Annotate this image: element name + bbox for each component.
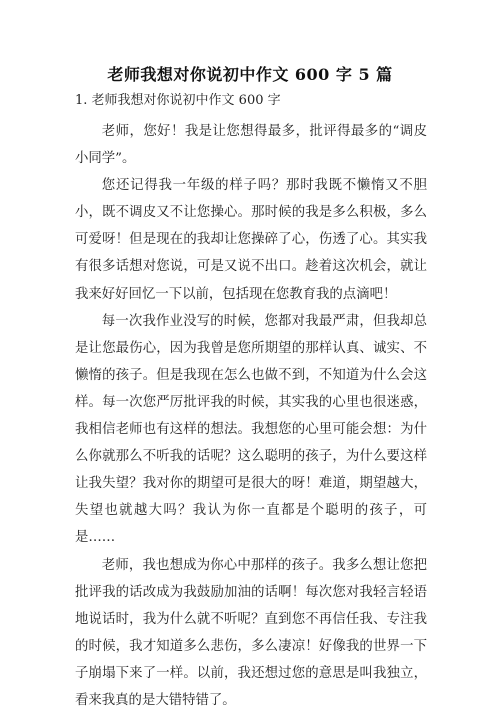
section-heading: 1. 老师我想对你说初中作文 600 字 [75,92,281,110]
essay-body: 老师，您好！我是让您想得最多，批评得最多的“调皮小同学”。 您还记得我一年级的样… [75,118,427,707]
document-title: 老师我想对你说初中作文 600 字 5 篇 [0,64,500,86]
paragraph: 您还记得我一年级的样子吗？那时我既不懒惰又不胆小，既不调皮又不让您操心。那时候的… [75,172,427,307]
paragraph: 每一次我作业没写的时候，您都对我最严肃，但我却总是让您最伤心，因为我曾是您所期望… [75,308,427,552]
paragraph: 老师，我也想成为你心中那样的孩子。我多么想让您把批评我的话改成为我鼓励加油的话啊… [75,552,427,707]
document-page: 老师我想对你说初中作文 600 字 5 篇 1. 老师我想对你说初中作文 600… [0,0,500,707]
paragraph: 老师，您好！我是让您想得最多，批评得最多的“调皮小同学”。 [75,118,427,172]
